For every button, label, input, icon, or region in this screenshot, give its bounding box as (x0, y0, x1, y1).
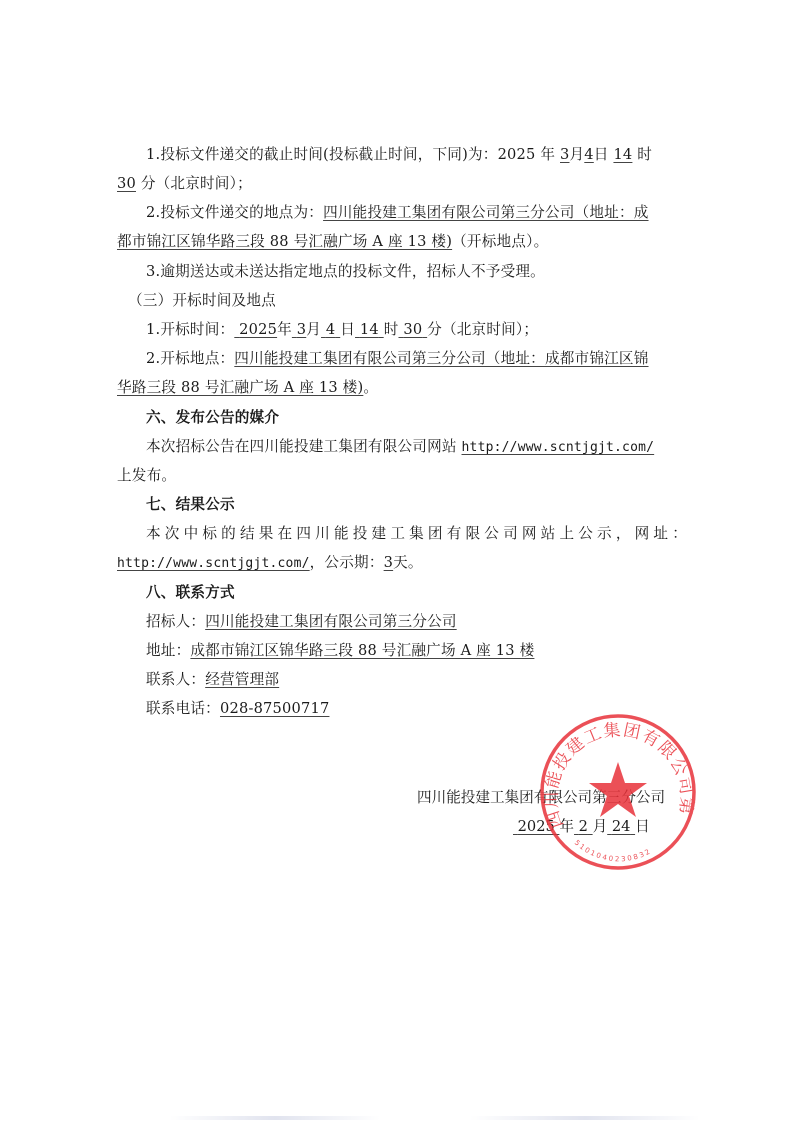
opening-place-suffix: 。 (363, 379, 378, 396)
section-6-text: 本次招标公告在四川能投建工集团有限公司网站 (146, 438, 462, 455)
day-label: 日 (635, 818, 650, 835)
opening-hour: 14 (355, 321, 384, 338)
signature-year: 2025 (513, 818, 559, 835)
section-8-heading: 八、联系方式 (146, 583, 689, 603)
opening-place-line-1: 2.开标地点：四川能投建工集团有限公司第三分公司（地址：成都市锦江区锦 (146, 349, 689, 369)
opening-month: 3 (292, 321, 306, 338)
section-7-text-line-1: 本次中标的结果在四川能投建工集团有限公司网站上公示，网址： (146, 524, 689, 544)
scan-artifact (470, 1116, 700, 1120)
submission-place-label: 2.投标文件递交的地点为： (146, 204, 323, 221)
section-7-text-line-2: http://www.scntjgjt.com/，公示期：3天。 (117, 553, 689, 574)
section-8-title: 八、联系方式 (146, 584, 235, 601)
submission-place-value: 四川能投建工集团有限公司第三分公司（地址：成 (323, 204, 648, 221)
website-link[interactable]: http://www.scntjgjt.com/ (462, 440, 655, 455)
deadline-line-2: 30 分（北京时间）； (117, 174, 689, 194)
signature-org: 四川能投建工集团有限公司第三分公司 (417, 788, 665, 808)
section-6-text-line-1: 本次招标公告在四川能投建工集团有限公司网站 http://www.scntjgj… (146, 437, 689, 458)
signature-day: 24 (607, 818, 635, 835)
section-7-text: 本次中标的结果在四川能投建工集团有限公司网站上公示，网址： (146, 525, 691, 542)
deadline-hour: 14 (613, 146, 632, 163)
day-label: 日 (340, 321, 355, 338)
address-value: 成都市锦江区锦华路三段 88 号汇融广场 A 座 13 楼 (190, 642, 534, 659)
deadline-minute: 30 (117, 175, 136, 192)
section-6-text-line-2: 上发布。 (117, 466, 689, 486)
opening-time-line: 1.开标时间： 2025年 3月 4 日 14 时 30 分（北京时间）； (146, 320, 689, 340)
opening-time-label: 1.开标时间： (146, 321, 234, 338)
opening-title: （三）开标时间及地点 (128, 292, 276, 309)
month-label: 月 (306, 321, 321, 338)
deadline-month: 3 (560, 146, 570, 163)
tenderer-line: 招标人：四川能投建工集团有限公司第三分公司 (146, 612, 689, 632)
section-7-title: 七、结果公示 (146, 496, 235, 513)
period-label: ，公示期： (310, 554, 384, 571)
year-label: 年 (559, 818, 574, 835)
tenderer-label: 招标人： (146, 613, 205, 630)
submission-place-line-2: 都市锦江区锦华路三段 88 号汇融广场 A 座 13 楼)（开标地点）。 (117, 232, 689, 252)
period-value: 3 (384, 554, 394, 571)
section-7-heading: 七、结果公示 (146, 495, 689, 515)
deadline-day: 4 (584, 146, 594, 163)
contact-label: 联系人： (146, 671, 205, 688)
results-link[interactable]: http://www.scntjgjt.com/ (117, 556, 310, 571)
address-line: 地址：成都市锦江区锦华路三段 88 号汇融广场 A 座 13 楼 (146, 641, 689, 661)
deadline-text: 1.投标文件递交的截止时间(投标截止时间，下同)为：2025 年 (146, 146, 560, 163)
deadline-tail: 分（北京时间）； (136, 175, 252, 192)
submission-place-line-1: 2.投标文件递交的地点为：四川能投建工集团有限公司第三分公司（地址：成 (146, 203, 689, 223)
opening-minute: 30 (398, 321, 427, 338)
late-submission-note: 3.逾期送达或未送达指定地点的投标文件，招标人不予受理。 (146, 262, 689, 282)
contact-line: 联系人：经营管理部 (146, 670, 689, 690)
month-label: 月 (593, 818, 608, 835)
scan-artifact (170, 1116, 380, 1120)
opening-place-value-cont: 华路三段 88 号汇融广场 A 座 13 楼) (117, 379, 363, 396)
svg-text:5101040230832: 5101040230832 (573, 839, 653, 864)
signature-date: 2025 年 2 月 24 日 (513, 817, 650, 837)
hour-label: 时 (632, 146, 652, 163)
phone-label: 联系电话： (146, 700, 220, 717)
month-label: 月 (570, 146, 585, 163)
tenderer-value: 四川能投建工集团有限公司第三分公司 (205, 613, 457, 630)
address-label: 地址： (146, 642, 190, 659)
section-6-heading: 六、发布公告的媒介 (146, 408, 689, 428)
deadline-line-1: 1.投标文件递交的截止时间(投标截止时间，下同)为：2025 年 3月4日 14… (146, 145, 689, 165)
submission-place-value-cont: 都市锦江区锦华路三段 88 号汇融广场 A 座 13 楼) (117, 233, 452, 250)
period-suffix: 天。 (393, 554, 423, 571)
opening-place-value: 四川能投建工集团有限公司第三分公司（地址：成都市锦江区锦 (234, 350, 648, 367)
document-page: 1.投标文件递交的截止时间(投标截止时间，下同)为：2025 年 3月4日 14… (0, 0, 800, 1131)
svg-text:四川能投建工集团有限公司第三分公司: 四川能投建工集团有限公司第三分公司 (538, 712, 696, 830)
phone-value: 028-87500717 (220, 700, 329, 717)
opening-year: 2025 (234, 321, 277, 338)
contact-value: 经营管理部 (205, 671, 279, 688)
day-label: 日 (594, 146, 609, 163)
opening-day: 4 (321, 321, 340, 338)
opening-place-label: 2.开标地点： (146, 350, 234, 367)
year-label: 年 (277, 321, 292, 338)
submission-place-suffix: （开标地点）。 (452, 233, 548, 250)
opening-heading: （三）开标时间及地点 (128, 291, 700, 311)
section-6-title: 六、发布公告的媒介 (146, 409, 279, 426)
late-submission-text: 3.逾期送达或未送达指定地点的投标文件，招标人不予受理。 (146, 263, 545, 280)
opening-place-line-2: 华路三段 88 号汇融广场 A 座 13 楼)。 (117, 378, 689, 398)
section-6-suffix: 上发布。 (117, 467, 176, 484)
hour-label: 时 (384, 321, 399, 338)
minute-label: 分（北京时间）； (427, 321, 538, 338)
signature-month: 2 (574, 818, 593, 835)
phone-line: 联系电话：028-87500717 (146, 699, 689, 719)
signature-org-text: 四川能投建工集团有限公司第三分公司 (417, 789, 665, 806)
